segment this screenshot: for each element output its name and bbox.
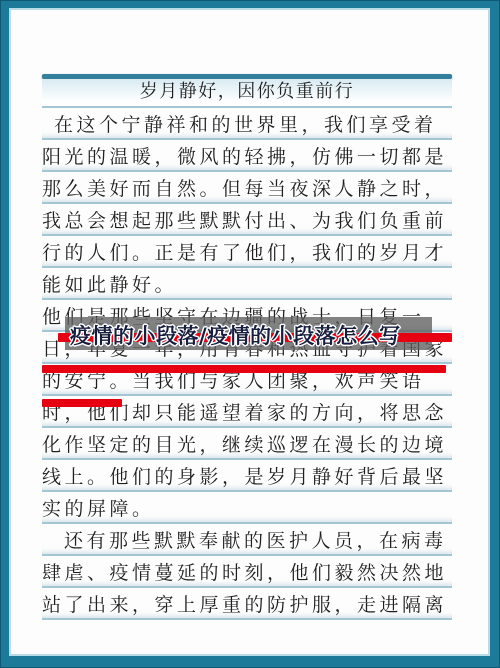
text-row: 阳光的温暖，微风的轻拂，仿佛一切都是 <box>42 140 452 172</box>
text-row: 那么美好而自然。但每当夜深人静之时， <box>42 172 452 204</box>
text-row: 实的屏障。 <box>42 492 452 524</box>
screenshot-root: 岁月静好，因你负重前行 在这个宁静祥和的世界里，我们享受着阳光的温暖，微风的轻拂… <box>0 0 500 668</box>
text-row: 在这个宁静祥和的世界里，我们享受着 <box>42 108 452 140</box>
text-row-content: 我总会想起那些默默付出、为我们负重前 <box>42 212 447 231</box>
text-row-content: 的安宁。当我们与家人团聚，欢声笑语 <box>42 372 425 391</box>
text-row: 站了出来，穿上厚重的防护服，走进隔离 <box>42 588 452 620</box>
text-row-content: 线上。他们的身影，是岁月静好背后最坚 <box>42 468 447 487</box>
text-row-content: 在这个宁静祥和的世界里，我们享受着 <box>42 116 437 135</box>
text-row: 能如此静好。 <box>42 268 452 300</box>
text-row-content: 实的屏障。 <box>42 500 155 519</box>
text-row-content: 还有那些默默奉献的医护人员，在病毒 <box>42 532 447 551</box>
text-row-content: 那么美好而自然。但每当夜深人静之时， <box>42 180 447 199</box>
text-row-content: 化作坚定的目光，继续巡逻在漫长的边境 <box>42 436 447 455</box>
text-row: 线上。他们的身影，是岁月静好背后最坚 <box>42 460 452 492</box>
red-underline-short <box>42 399 122 407</box>
document-heading: 岁月静好，因你负重前行 <box>140 77 355 103</box>
text-row: 肆虐、疫情蔓延的时刻，他们毅然决然地 <box>42 556 452 588</box>
heading-row: 岁月静好，因你负重前行 <box>42 79 452 108</box>
text-row-content: 阳光的温暖，微风的轻拂，仿佛一切都是 <box>42 148 447 167</box>
red-underline-mid <box>42 365 446 373</box>
body-rows: 在这个宁静祥和的世界里，我们享受着阳光的温暖，微风的轻拂，仿佛一切都是那么美好而… <box>42 108 452 620</box>
text-row: 化作坚定的目光，继续巡逻在漫长的边境 <box>42 428 452 460</box>
text-row-content: 能如此静好。 <box>42 276 177 295</box>
text-row-content: 行的人们。正是有了他们，我们的岁月才 <box>42 244 447 263</box>
caption-title: 疫情的小段落/疫情的小段落怎么写 <box>70 320 462 350</box>
text-row: 行的人们。正是有了他们，我们的岁月才 <box>42 236 452 268</box>
text-row-content: 肆虐、疫情蔓延的时刻，他们毅然决然地 <box>42 564 447 583</box>
text-row-content: 站了出来，穿上厚重的防护服，走进隔离 <box>42 596 447 615</box>
text-row: 我总会想起那些默默付出、为我们负重前 <box>42 204 452 236</box>
text-row: 还有那些默默奉献的医护人员，在病毒 <box>42 524 452 556</box>
